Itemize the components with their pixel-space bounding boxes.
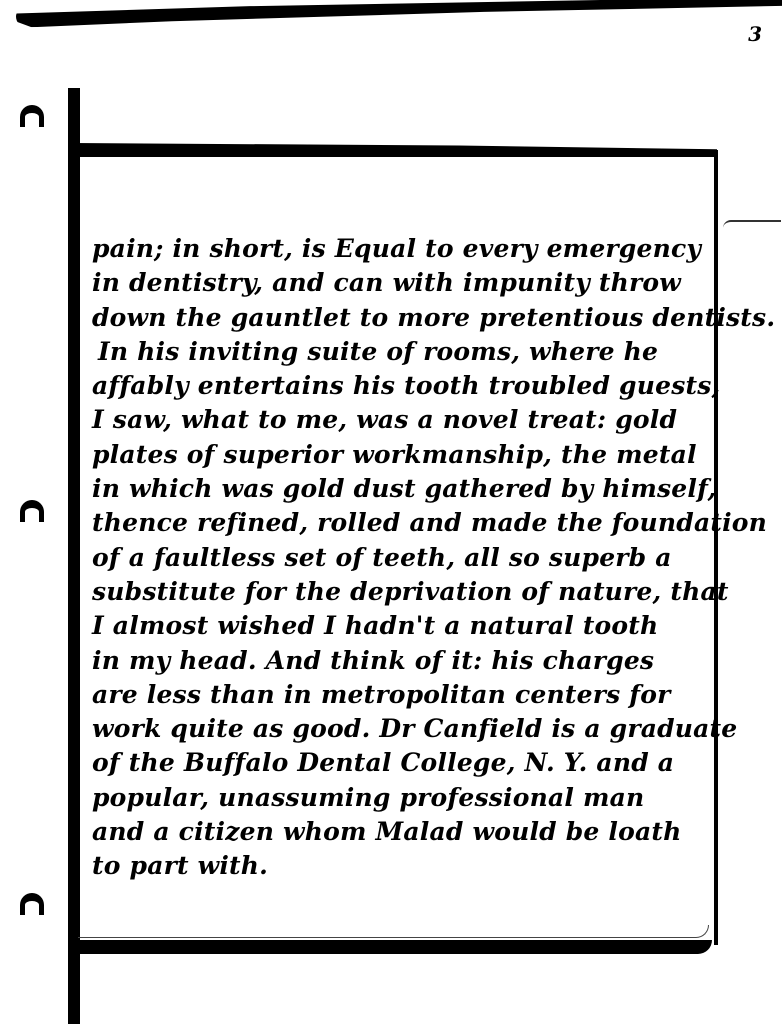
handwritten-text: pain; in short, is Equal to every emerge… [92, 232, 712, 884]
text-line: of the Buffalo Dental College, N. Y. and… [92, 746, 712, 780]
text-line: pain; in short, is Equal to every emerge… [92, 232, 712, 266]
text-line: are less than in metropolitan centers fo… [92, 678, 712, 712]
text-line: popular, unassuming professional man [92, 781, 712, 815]
notebook-tab-mark [723, 220, 781, 228]
notebook-inner-bottom-edge [78, 925, 709, 938]
text-line: in dentistry, and can with impunity thro… [92, 266, 712, 300]
text-line: work quite as good. Dr Canfield is a gra… [92, 712, 712, 746]
text-line: thence refined, rolled and made the foun… [92, 506, 712, 540]
text-line: In his inviting suite of rooms, where he [92, 335, 712, 369]
notebook-right-edge [714, 150, 718, 945]
page-number: 3 [748, 22, 762, 46]
text-line: and a citizen whom Malad would be loath [92, 815, 712, 849]
text-line: of a faultless set of teeth, all so supe… [92, 541, 712, 575]
notebook-bottom-edge [72, 940, 712, 954]
scan-top-edge [16, 0, 782, 27]
spiral-binding [72, 160, 84, 930]
text-line: in my head. And think of it: his charges [92, 644, 712, 678]
punch-hole [20, 893, 44, 915]
punch-hole [20, 105, 44, 127]
text-line: down the gauntlet to more pretentious de… [92, 301, 712, 335]
text-line: substitute for the deprivation of nature… [92, 575, 712, 609]
text-line: I saw, what to me, was a novel treat: go… [92, 403, 712, 437]
text-line: plates of superior workmanship, the meta… [92, 438, 712, 472]
text-line: affably entertains his tooth troubled gu… [92, 369, 712, 403]
text-line: I almost wished I hadn't a natural tooth [92, 609, 712, 643]
text-line: in which was gold dust gathered by himse… [92, 472, 712, 506]
punch-hole [20, 500, 44, 522]
notebook-top-edge [72, 143, 717, 157]
text-line: to part with. [92, 849, 712, 883]
